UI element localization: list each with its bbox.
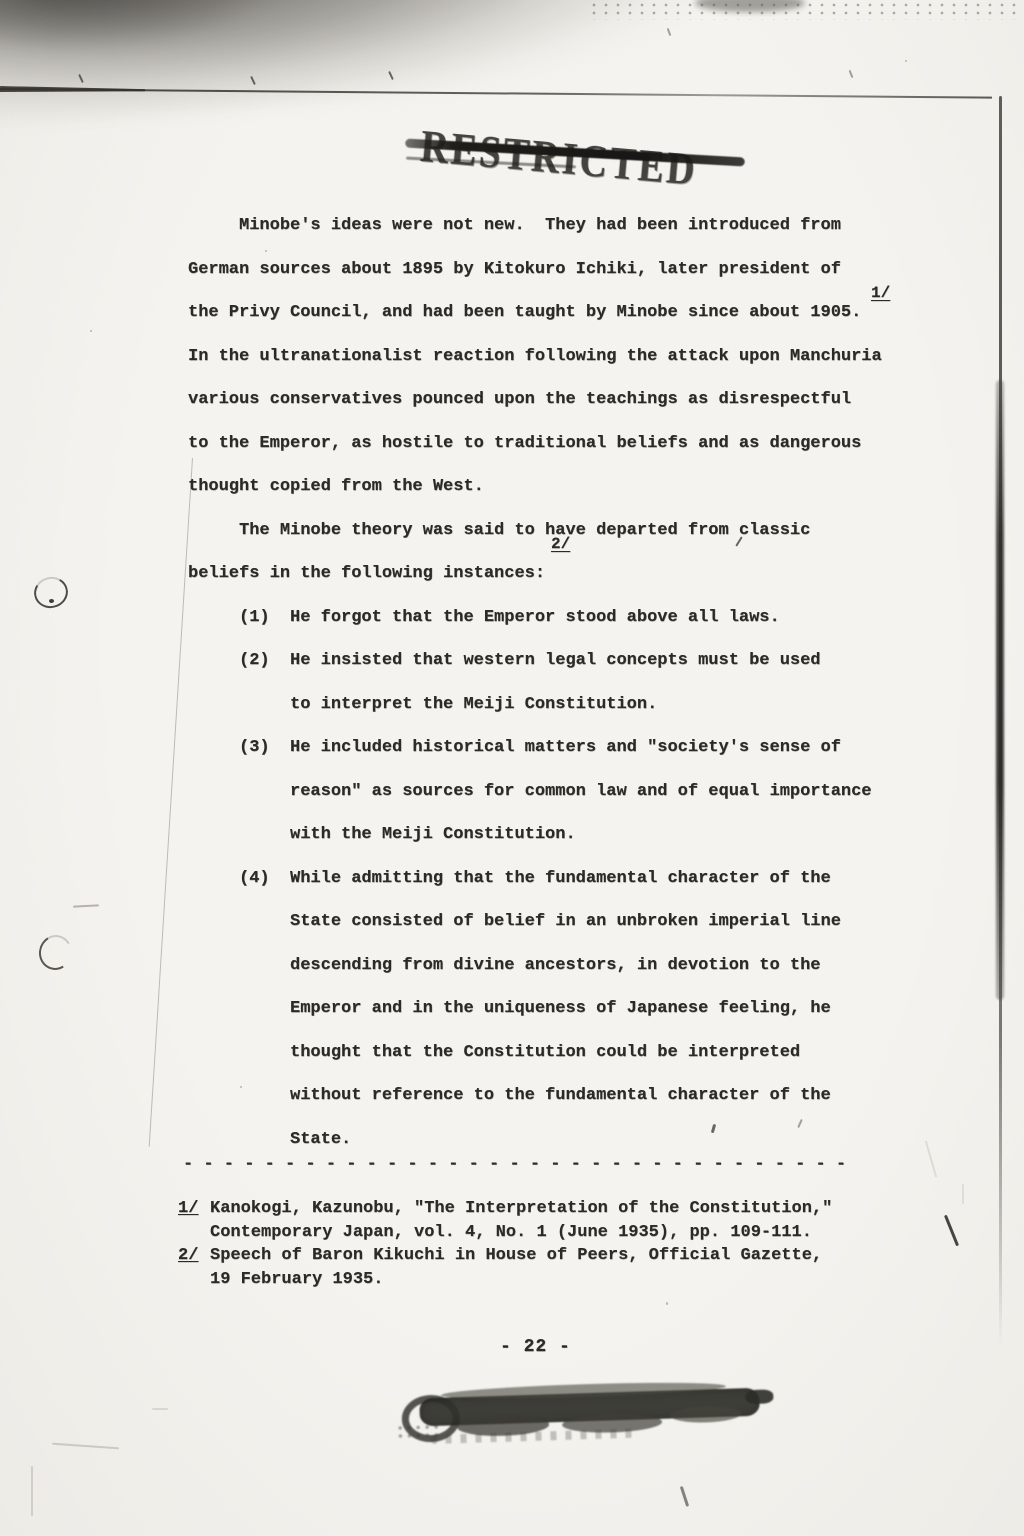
margin-pencil-c-mark: [35, 932, 75, 974]
text-line: the Privy Council, and had been taught b…: [188, 291, 948, 335]
list-item-line: with the Meiji Constitution.: [188, 813, 948, 857]
body-text: Minobe's ideas were not new. They had be…: [188, 204, 948, 1161]
list-item-line: descending from divine ancestors, in dev…: [188, 944, 948, 988]
faint-dash-mark: [152, 1408, 168, 1410]
text-line: various conservatives pounced upon the t…: [188, 378, 948, 422]
dust-speck: [905, 60, 907, 62]
footnote-row: 1/ Kanokogi, Kazunobu, "The Interpretati…: [178, 1197, 898, 1221]
list-item-line: without reference to the fundamental cha…: [188, 1074, 948, 1118]
footnote-text: Speech of Baron Kikuchi in House of Peer…: [210, 1244, 898, 1268]
text-line: German sources about 1895 by Kitokuro Ic…: [188, 248, 948, 292]
page-number: - 22 -: [500, 1337, 571, 1357]
footnote-row: 2/ Speech of Baron Kikuchi in House of P…: [178, 1244, 898, 1268]
list-item-line: Emperor and in the uniqueness of Japanes…: [188, 987, 948, 1031]
margin-pencil-oval-mark: [31, 573, 71, 611]
list-item-line: to interpret the Meiji Constitution.: [188, 683, 948, 727]
dust-speck: [90, 330, 92, 332]
footnote-marker: 1/: [178, 1197, 210, 1221]
tick-mark: [849, 70, 854, 78]
footnote-row: 19 February 1935.: [178, 1268, 898, 1292]
text-line: In the ultranationalist reaction followi…: [188, 335, 948, 379]
list-item-line: thought that the Constitution could be i…: [188, 1031, 948, 1075]
text-line: to the Emperor, as hostile to traditiona…: [188, 422, 948, 466]
scan-speckles-top-edge: [590, 0, 1024, 20]
pencil-line: [31, 1466, 33, 1516]
text-line: Minobe's ideas were not new. They had be…: [188, 204, 948, 248]
footnote-separator-dashes: - - - - - - - - - - - - - - - - - - - - …: [183, 1155, 883, 1174]
list-item-line: (4) While admitting that the fundamental…: [188, 857, 948, 901]
footnote-marker-spacer: [178, 1221, 210, 1245]
footnote-marker: 2/: [178, 1244, 210, 1268]
footnote-marker-spacer: [178, 1268, 210, 1292]
list-item-line: (2) He insisted that western legal conce…: [188, 639, 948, 683]
footnote-reference-1: 1/: [871, 284, 890, 302]
pencil-line: [52, 1443, 119, 1449]
footnotes-block: 1/ Kanokogi, Kazunobu, "The Interpretati…: [178, 1197, 898, 1291]
faint-streak: [962, 1184, 964, 1204]
faint-dash-mark: [73, 904, 99, 907]
footnote-text: Kanokogi, Kazunobu, "The Interpretation …: [210, 1197, 898, 1221]
text-line: beliefs in the following instances:: [188, 552, 948, 596]
scan-smudge-core: [0, 0, 270, 50]
rule-line: [0, 88, 992, 98]
backslash-pen-mark: [680, 1486, 689, 1507]
margin-pencil-dot: [49, 599, 54, 603]
paper-crease-line: [149, 458, 194, 1147]
footnote-text: Contemporary Japan, vol. 4, No. 1 (June …: [210, 1221, 898, 1245]
footnote-text: 19 February 1935.: [210, 1268, 898, 1292]
list-item-line: State consisted of belief in an unbroken…: [188, 900, 948, 944]
obliterated-stamp-ink-blob: [401, 1377, 783, 1464]
text-line: thought copied from the West.: [188, 465, 948, 509]
scanned-document-page: RESTRICTED Minobe's ideas were not new. …: [0, 0, 1024, 1536]
footnote-row: Contemporary Japan, vol. 4, No. 1 (June …: [178, 1221, 898, 1245]
list-item-line: (1) He forgot that the Emperor stood abo…: [188, 596, 948, 640]
dust-speck: [666, 1302, 668, 1305]
list-item-line: reason" as sources for common law and of…: [188, 770, 948, 814]
backslash-pen-mark: [944, 1215, 959, 1247]
ink-tip: [745, 1389, 773, 1404]
page-edge-shadow-thick: [996, 380, 1004, 1000]
list-item-line: (3) He included historical matters and "…: [188, 726, 948, 770]
footnote-reference-2: 2/: [551, 535, 570, 553]
